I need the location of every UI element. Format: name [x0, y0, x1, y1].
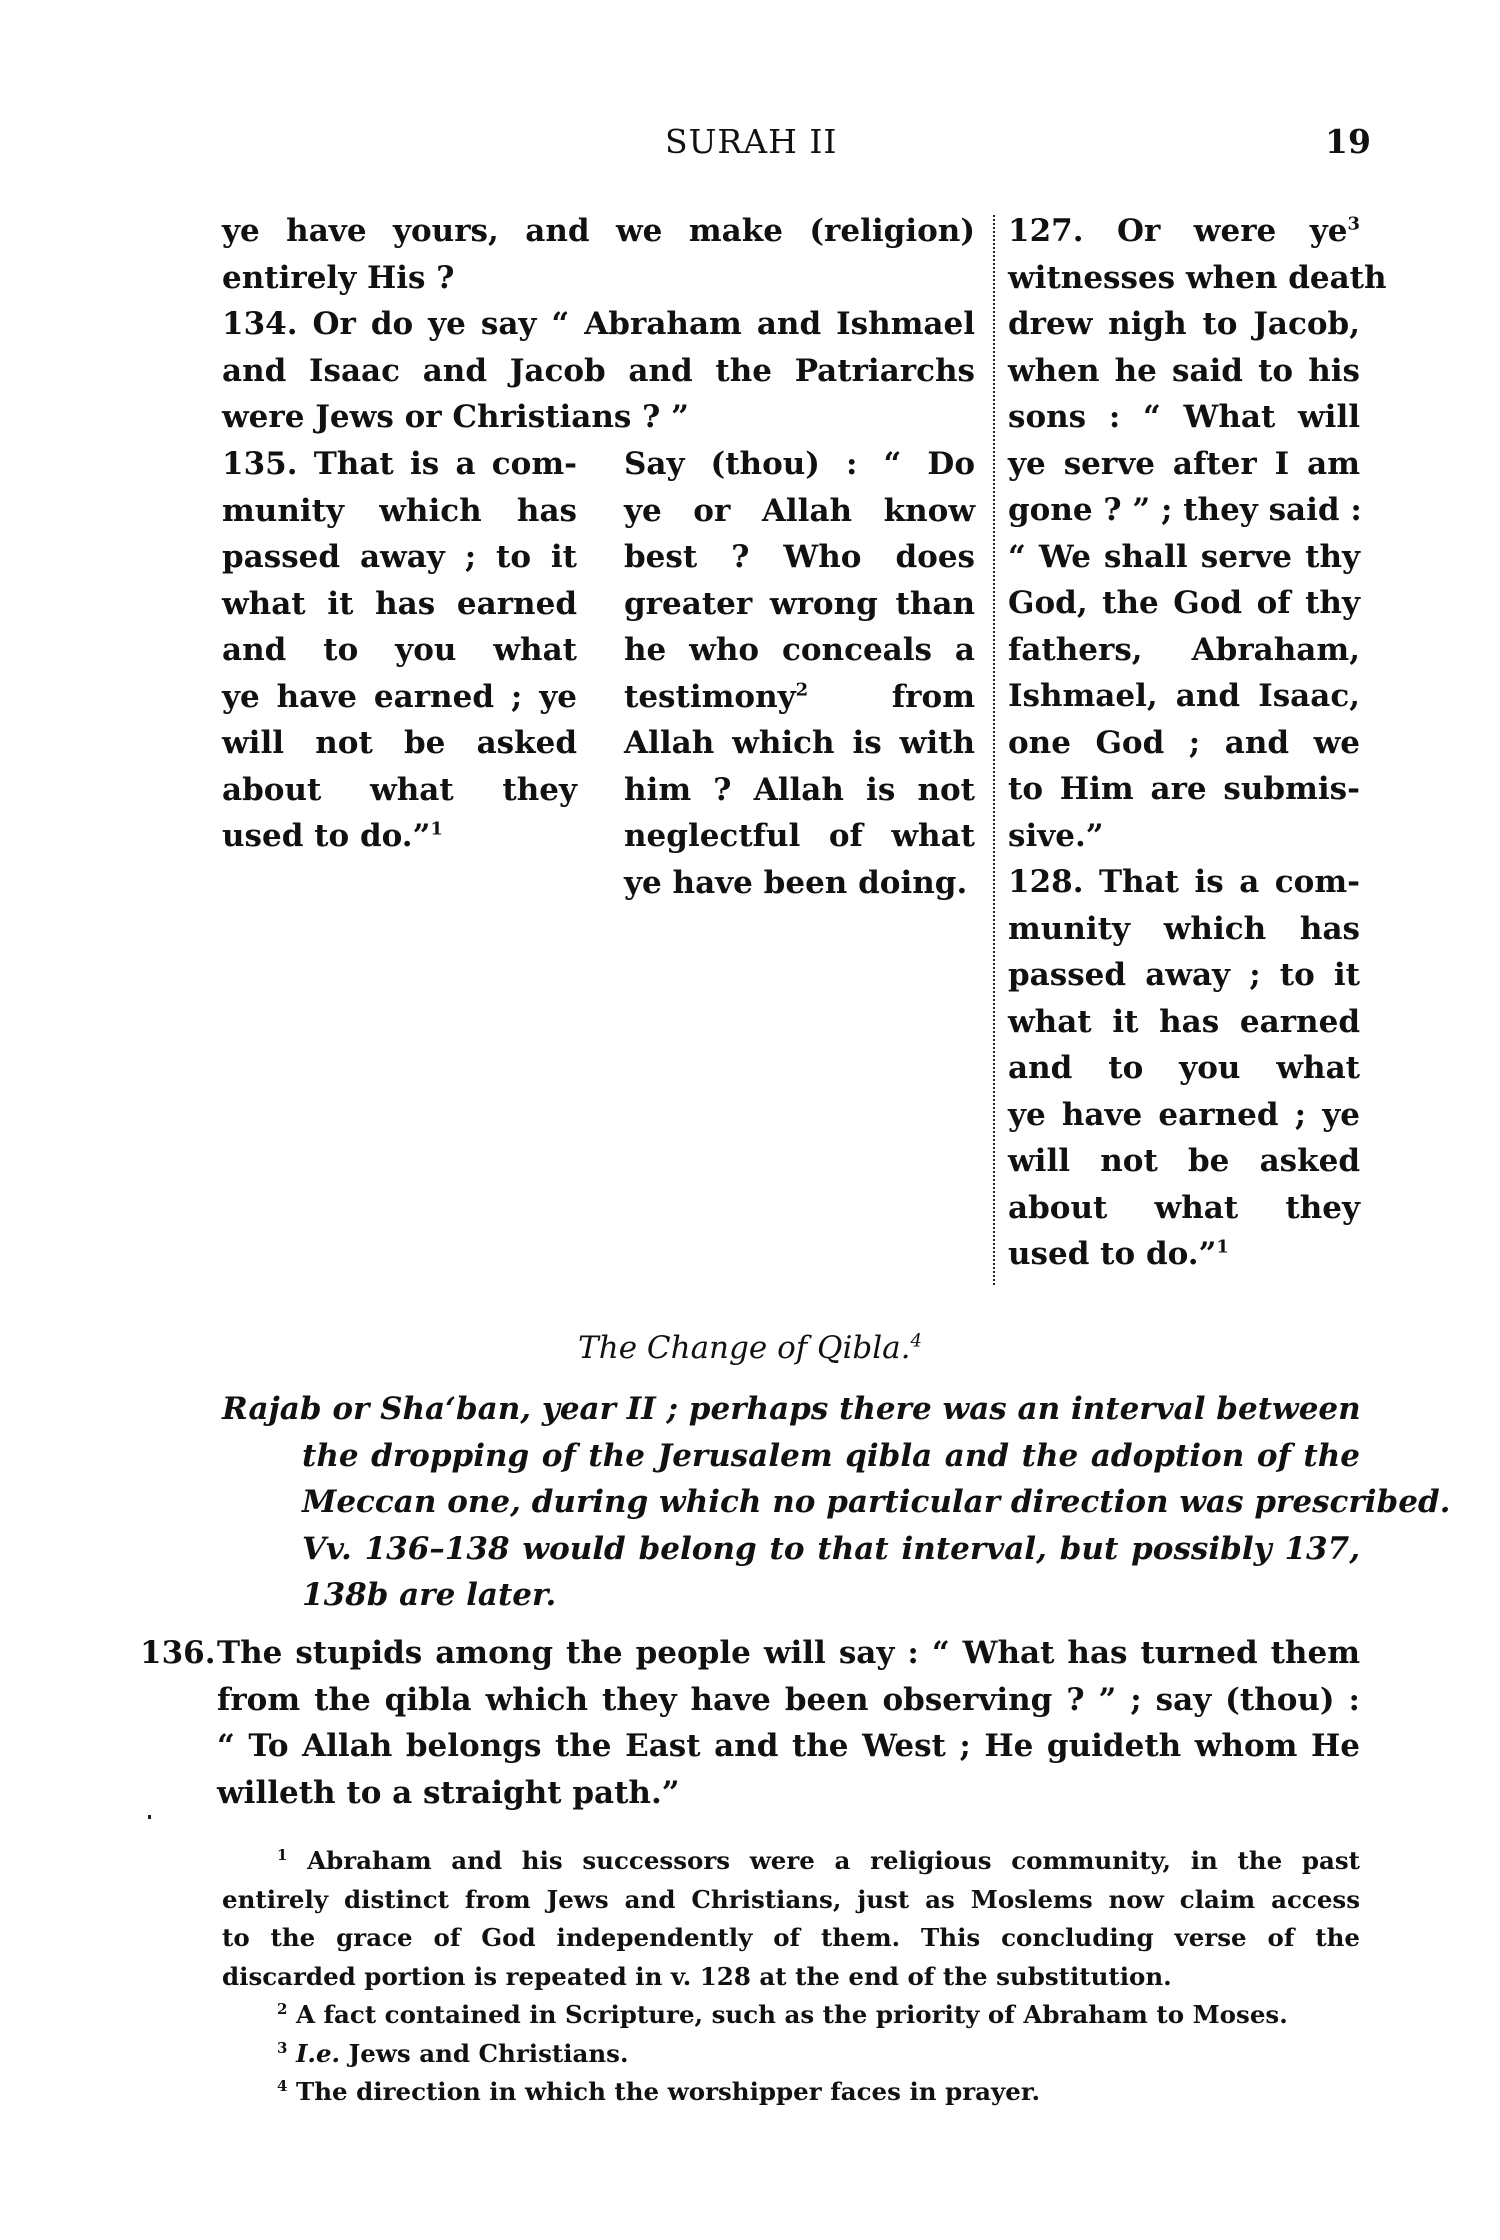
footnote-text: The direction in which the worshipper fa…: [296, 2077, 1040, 2106]
text-line: when he said to his: [1008, 348, 1360, 395]
footnote-ref[interactable]: 1: [430, 819, 443, 840]
section-title: The Change of Qibla.: [578, 1330, 910, 1366]
text-line: what it has earned: [1008, 999, 1360, 1046]
footnotes: 1 Abraham and his successors were a reli…: [222, 1842, 1360, 2112]
text-line: were Jews or Christians ? ”: [222, 394, 975, 441]
verses-127-128-column: 127. Or were ye3 witnesses when death dr…: [1008, 208, 1360, 1278]
footnote-ref[interactable]: 1: [1216, 1237, 1229, 1258]
text-line: entirely His ?: [222, 255, 975, 302]
text-line: Vv. 136–138 would belong to that interva…: [222, 1526, 1360, 1573]
text-line: greater wrong than: [624, 581, 975, 628]
text-line: about what they: [222, 767, 577, 814]
footnote-1-line: to the grace of God independently of the…: [222, 1919, 1360, 1958]
verse-number: 136.: [140, 1630, 216, 1677]
page-number: 19: [1325, 122, 1371, 161]
line-text: 127. Or were ye: [1008, 213, 1347, 249]
text-line: “ We shall serve thy: [1008, 534, 1360, 581]
footnote-ref[interactable]: 4: [910, 1331, 921, 1352]
footnote-text: Abraham and his successors were a religi…: [307, 1846, 1360, 1875]
text-line: 127. Or were ye3: [1008, 208, 1360, 255]
text-line: 135. That is a com-: [222, 441, 577, 488]
text-line: to Him are submis-: [1008, 766, 1360, 813]
footnote-ref[interactable]: 2: [796, 679, 809, 700]
text-line: ye have been doing.: [624, 860, 975, 907]
footnote-text: A fact contained in Scripture, such as t…: [296, 2000, 1288, 2029]
running-header-title: SURAH II: [665, 122, 837, 161]
footnote-italic-prefix: I.e.: [296, 2039, 340, 2068]
text-line: Rajab or Sha‘ban, year II ; perhaps ther…: [222, 1386, 1360, 1433]
text-line: will not be asked: [222, 720, 577, 767]
text-line: Allah which is with: [624, 720, 975, 767]
footnote-4: 4 The direction in which the worshipper …: [222, 2073, 1360, 2112]
text-line: ye have yours, and we make (religion): [222, 208, 975, 255]
text-line: the dropping of the Jerusalem qibla and …: [222, 1433, 1360, 1480]
text-line: God, the God of thy: [1008, 580, 1360, 627]
footnote-text: Jews and Christians.: [349, 2039, 629, 2068]
text-line: Meccan one, during which no particular d…: [222, 1479, 1360, 1526]
section-intro: Rajab or Sha‘ban, year II ; perhaps ther…: [222, 1386, 1360, 1619]
text-line: passed away ; to it: [222, 534, 577, 581]
text-line: ye serve after I am: [1008, 441, 1360, 488]
footnote-2: 2 A fact contained in Scripture, such as…: [222, 1996, 1360, 2035]
verse-135-column: 135. That is a com- munity which has pas…: [222, 441, 577, 860]
text-line: sons : “ What will: [1008, 394, 1360, 441]
footnote-3: 3 I.e. Jews and Christians.: [222, 2035, 1360, 2074]
line-text: used to do.”: [1008, 1236, 1216, 1272]
text-line: witnesses when death: [1008, 255, 1360, 302]
text-line: he who conceals a: [624, 627, 975, 674]
text-line: ye have earned ; ye: [222, 674, 577, 721]
text-line: used to do.”1: [222, 813, 577, 860]
footnote-marker: 2: [277, 2000, 287, 2018]
text-line: ye or Allah know: [624, 488, 975, 535]
text-line: Ishmael, and Isaac,: [1008, 673, 1360, 720]
text-line: and to you what: [222, 627, 577, 674]
text-line: gone ? ” ; they said :: [1008, 487, 1360, 534]
verse-136: The stupids among the people will say : …: [217, 1630, 1360, 1816]
footnote-1: 1 Abraham and his successors were a reli…: [222, 1842, 1360, 1881]
text-line: one God ; and we: [1008, 720, 1360, 767]
line-text: from: [892, 679, 975, 715]
text-line: from the qibla which they have been obse…: [217, 1677, 1360, 1724]
text-line: will not be asked: [1008, 1138, 1360, 1185]
text-line: used to do.”1: [1008, 1231, 1360, 1278]
text-line: munity which has: [222, 488, 577, 535]
text-line: what it has earned: [222, 581, 577, 628]
text-line: and to you what: [1008, 1045, 1360, 1092]
text-line: him ? Allah is not: [624, 767, 975, 814]
column-divider: [993, 215, 995, 1285]
text-line: neglectful of what: [624, 813, 975, 860]
footnote-marker: 1: [277, 1846, 287, 1864]
print-speck: [148, 1815, 151, 1819]
text-line: “ To Allah belongs the East and the West…: [217, 1723, 1360, 1770]
text-line: 138b are later.: [222, 1572, 1360, 1619]
text-line: Say (thou) : “ Do: [624, 441, 975, 488]
section-heading: The Change of Qibla.4: [0, 1330, 1500, 1366]
footnote-1-line: entirely distinct from Jews and Christia…: [222, 1881, 1360, 1920]
line-text: used to do.”: [222, 818, 430, 854]
verse-block-133-134: ye have yours, and we make (religion) en…: [222, 208, 975, 441]
text-line: 128. That is a com-: [1008, 859, 1360, 906]
text-line: 134. Or do ye say “ Abraham and Ishmael: [222, 301, 975, 348]
text-line: munity which has: [1008, 906, 1360, 953]
text-line: sive.”: [1008, 813, 1360, 860]
text-line: ye have earned ; ye: [1008, 1092, 1360, 1139]
text-line: testimony2 from: [624, 674, 975, 721]
footnote-1-line: discarded portion is repeated in v. 128 …: [222, 1958, 1360, 1997]
text-line: about what they: [1008, 1185, 1360, 1232]
text-line: The stupids among the people will say : …: [217, 1630, 1360, 1677]
text-line: best ? Who does: [624, 534, 975, 581]
text-line: drew nigh to Jacob,: [1008, 301, 1360, 348]
text-line: willeth to a straight path.”: [217, 1770, 1360, 1817]
line-text: testimony: [624, 679, 796, 715]
footnote-ref[interactable]: 3: [1347, 214, 1360, 235]
text-line: and Isaac and Jacob and the Patriarchs: [222, 348, 975, 395]
footnote-marker: 3: [277, 2038, 287, 2056]
text-line: passed away ; to it: [1008, 952, 1360, 999]
footnote-marker: 4: [277, 2077, 287, 2095]
say-thou-column: Say (thou) : “ Do ye or Allah know best …: [624, 441, 975, 906]
text-line: fathers, Abraham,: [1008, 627, 1360, 674]
